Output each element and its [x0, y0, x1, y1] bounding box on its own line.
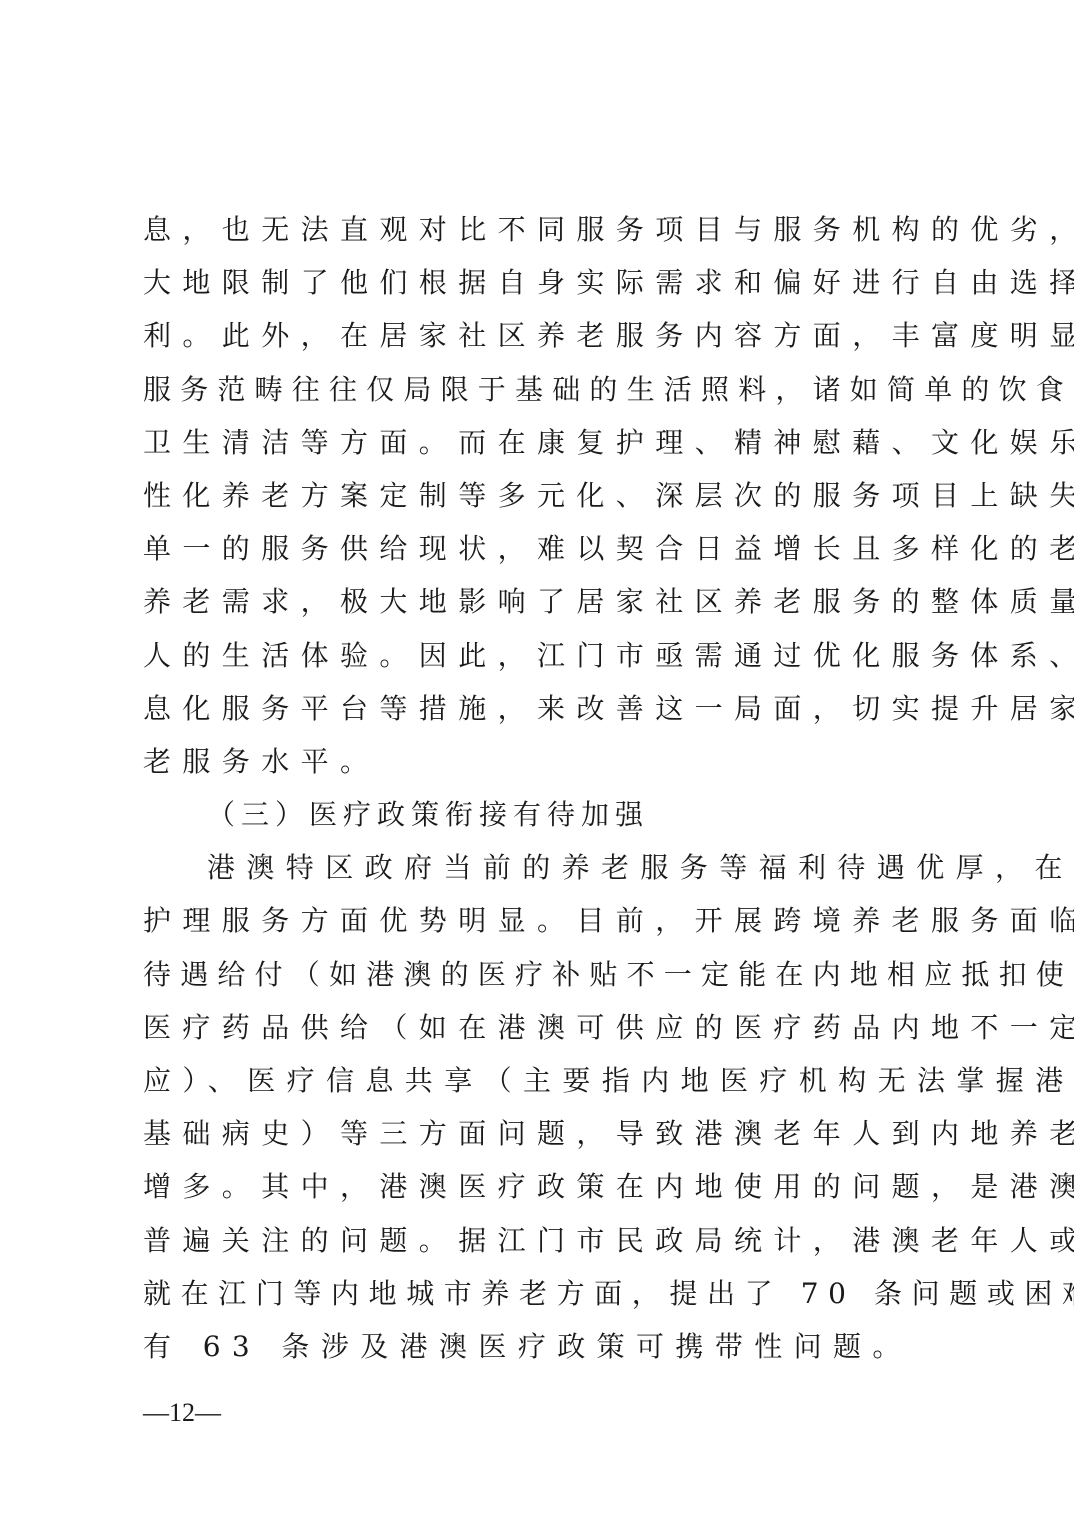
paragraph-line: 港澳特区政府当前的养老服务等福利待遇优厚，在医疗、: [143, 841, 943, 894]
paragraph-line: 护理服务方面优势明显。目前，开展跨境养老服务面临着医疗: [143, 894, 943, 947]
document-page: 息，也无法直观对比不同服务项目与服务机构的优劣，从而极 大地限制了他们根据自身实…: [0, 0, 1074, 1520]
paragraph-line: 老服务水平。: [143, 735, 943, 788]
paragraph-line: 人的生活体验。因此，江门市亟需通过优化服务体系、搭建信: [143, 629, 943, 682]
paragraph-line: 单一的服务供给现状，难以契合日益增长且多样化的老年群体: [143, 522, 943, 575]
paragraph-line: 增多。其中，港澳医疗政策在内地使用的问题，是港澳老年人: [143, 1160, 943, 1213]
paragraph-line: 息化服务平台等措施，来改善这一局面，切实提升居家社区养: [143, 682, 943, 735]
paragraph-line: 卫生清洁等方面。而在康复护理、精神慰藉、文化娱乐以及个: [143, 416, 943, 469]
paragraph-line: 基础病史）等三方面问题，导致港澳老年人到内地养老的顾虑: [143, 1107, 943, 1160]
paragraph-line: 应）、医疗信息共享（主要指内地医疗机构无法掌握港澳同胞: [143, 1054, 943, 1107]
paragraph-line: 服务范畴往往仅局限于基础的生活照料，诸如简单的饮食供应、: [143, 363, 943, 416]
body-text: 息，也无法直观对比不同服务项目与服务机构的优劣，从而极 大地限制了他们根据自身实…: [143, 203, 943, 1373]
paragraph-line: 医疗药品供给（如在港澳可供应的医疗药品内地不一定能够供: [143, 1001, 943, 1054]
paragraph-line: 养老需求，极大地影响了居家社区养老服务的整体质量与老年: [143, 575, 943, 628]
paragraph-line: 利。此外，在居家社区养老服务内容方面，丰富度明显不足。: [143, 309, 943, 362]
section-heading: （三）医疗政策衔接有待加强: [143, 788, 943, 841]
paragraph-line: 普遍关注的问题。据江门市民政局统计，港澳老年人或其家属: [143, 1214, 943, 1267]
paragraph-line: 就在江门等内地城市养老方面，提出了 70 条问题或困难，其中: [143, 1267, 943, 1320]
paragraph-line: 有 63 条涉及港澳医疗政策可携带性问题。: [143, 1320, 943, 1373]
paragraph-line: 息，也无法直观对比不同服务项目与服务机构的优劣，从而极: [143, 203, 943, 256]
paragraph-line: 待遇给付（如港澳的医疗补贴不一定能在内地相应抵扣使用）、: [143, 948, 943, 1001]
paragraph-line: 大地限制了他们根据自身实际需求和偏好进行自由选择的权: [143, 256, 943, 309]
paragraph-line: 性化养老方案定制等多元化、深层次的服务项目上缺失。这种: [143, 469, 943, 522]
page-number: —12—: [143, 1397, 221, 1429]
